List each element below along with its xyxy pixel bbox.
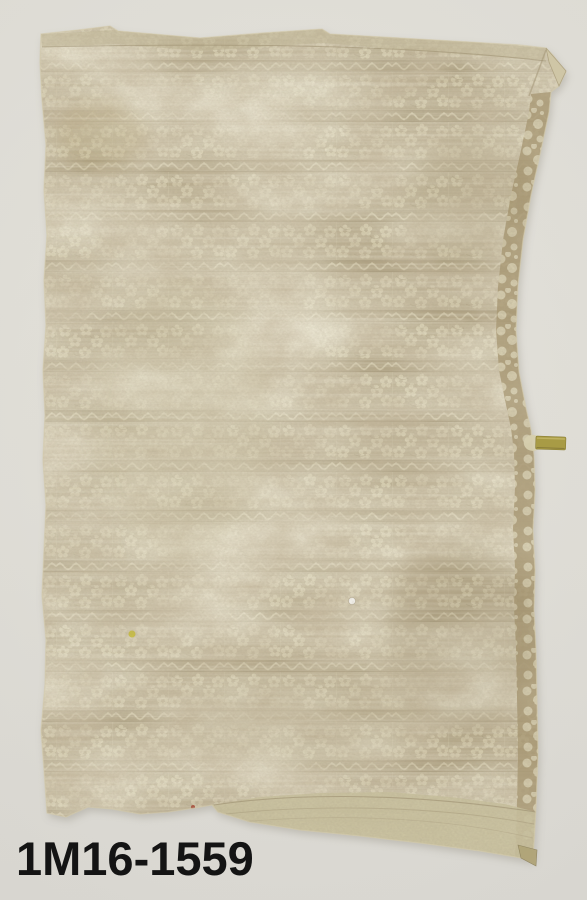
artifact-photo: 1M16-1559 bbox=[0, 0, 587, 900]
catalog-number-label: 1M16-1559 bbox=[16, 835, 254, 882]
textile-fragment bbox=[0, 0, 587, 900]
fabric-body bbox=[30, 20, 575, 875]
hanging-tab bbox=[523, 435, 566, 452]
